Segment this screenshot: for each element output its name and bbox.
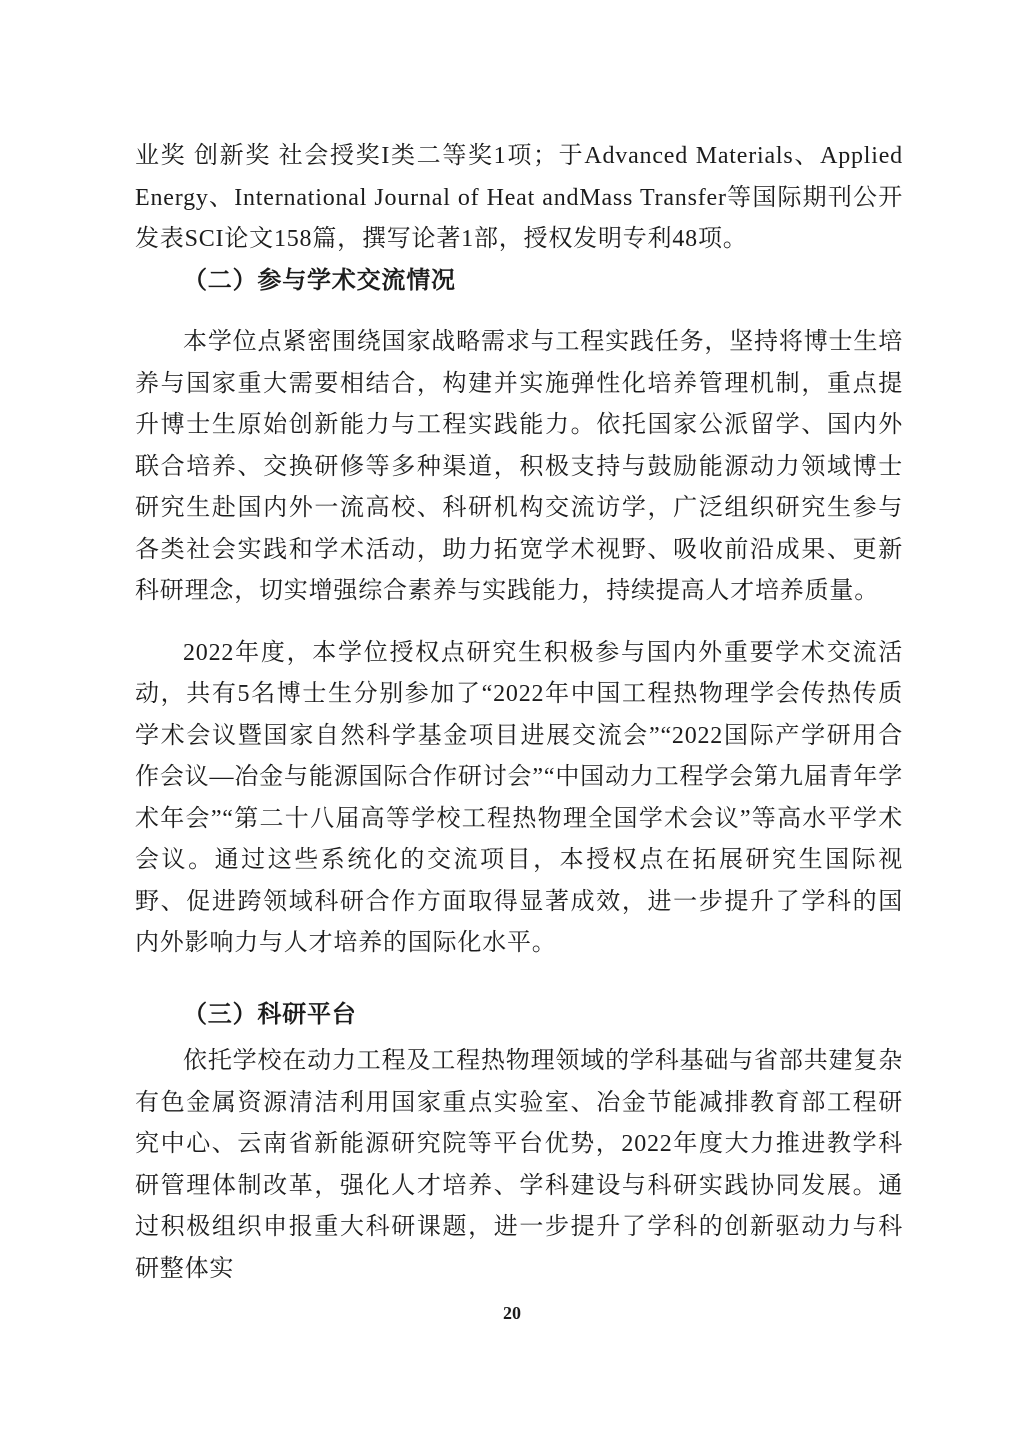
section-heading-research-platform: （三）科研平台: [135, 995, 903, 1037]
paragraph-exchange-overview: 本学位点紧密围绕国家战略需求与工程实践任务，坚持将博士生培养与国家重大需要相结合…: [135, 322, 903, 613]
paragraph-research-platform: 依托学校在动力工程及工程热物理领域的学科基础与省部共建复杂有色金属资源清洁利用国…: [135, 1041, 903, 1290]
section-heading-academic-exchange: （二）参与学术交流情况: [135, 261, 903, 303]
paragraph-exchange-2022-activities: 2022年度，本学位授权点研究生积极参与国内外重要学术交流活动，共有5名博士生分…: [135, 633, 903, 965]
paragraph-awards-continuation: 业奖 创新奖 社会授奖I类二等奖1项；于Advanced Materials、A…: [135, 136, 903, 261]
page-body: 业奖 创新奖 社会授奖I类二等奖1项；于Advanced Materials、A…: [135, 136, 903, 1310]
page-number: 20: [0, 1303, 1024, 1324]
document-page: 业奖 创新奖 社会授奖I类二等奖1项；于Advanced Materials、A…: [0, 0, 1024, 1447]
